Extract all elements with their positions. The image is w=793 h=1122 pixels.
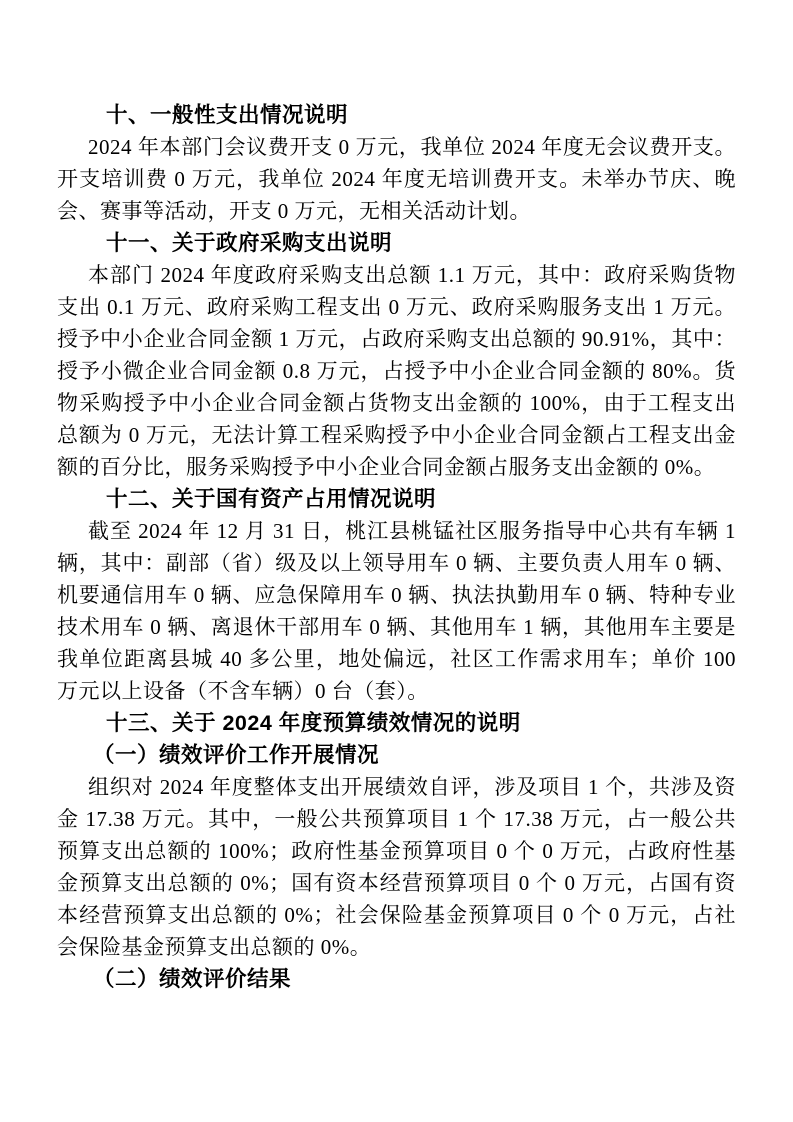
section-heading-12-state-owned-assets: 十二、关于国有资产占用情况说明 [57, 483, 736, 515]
section-10-body-general-expenditure: 2024 年本部门会议费开支 0 万元，我单位 2024 年度无会议费开支。开支… [57, 131, 736, 227]
subsection-heading-13-2-performance-evaluation-results: （二）绩效评价结果 [57, 963, 736, 995]
section-12-body-state-owned-assets: 截至 2024 年 12 月 31 日，桃江县桃锰社区服务指导中心共有车辆 1 … [57, 515, 736, 707]
section-heading-10-general-expenditure: 十、一般性支出情况说明 [57, 99, 736, 131]
document-page: 十、一般性支出情况说明 2024 年本部门会议费开支 0 万元，我单位 2024… [0, 0, 793, 1122]
section-heading-11-government-procurement: 十一、关于政府采购支出说明 [57, 227, 736, 259]
section-heading-13-budget-performance: 十三、关于 2024 年度预算绩效情况的说明 [57, 707, 736, 739]
subsection-13-1-body-performance-evaluation-work: 组织对 2024 年度整体支出开展绩效自评，涉及项目 1 个，共涉及资金 17.… [57, 771, 736, 963]
subsection-heading-13-1-performance-evaluation-work: （一）绩效评价工作开展情况 [57, 739, 736, 771]
section-11-body-government-procurement: 本部门 2024 年度政府采购支出总额 1.1 万元，其中：政府采购货物支出 0… [57, 259, 736, 483]
